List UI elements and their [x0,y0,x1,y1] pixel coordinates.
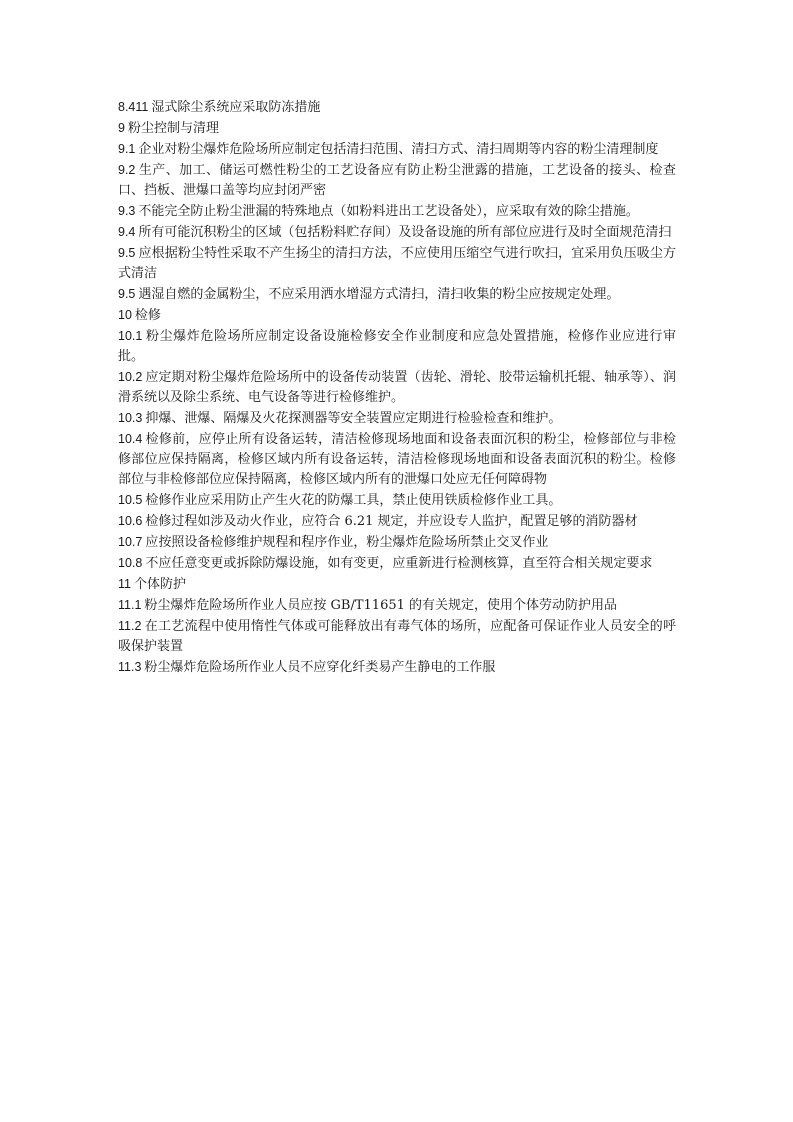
paragraph-10-1: 10.1粉尘爆炸危险场所应制定设备设施检修安全作业制度和应急处置措施，检修作业应… [118,326,676,367]
paragraph-11-3: 11.3粉尘爆炸危险场所作业人员不应穿化纤类易产生静电的工作服 [118,657,676,678]
paragraph-9-5a: 9.5应根据粉尘特性采取不产生扬尘的清扫方法，不应使用压缩空气进行吹扫，宜采用负… [118,243,676,284]
clause-number: 10.7 [118,535,142,549]
clause-text: 企业对粉尘爆炸危险场所应制定包括清扫范围、清扫方式、清扫周期等内容的粉尘清理制度 [138,142,658,157]
paragraph-9-4: 9.4所有可能沉积粉尘的区域（包括粉料贮存间）及设备设施的所有部位应进行及时全面… [118,222,676,243]
section-number: 10 [118,308,132,322]
clause-number: 10.5 [118,493,142,507]
paragraph-10-2: 10.2应定期对粉尘爆炸危险场所中的设备传动装置（齿轮、滑轮、胶带运输机托辊、轴… [118,367,676,408]
paragraph-10-8: 10.8不应任意变更或拆除防爆设施，如有变更，应重新进行检测核算，直至符合相关规… [118,553,676,574]
paragraph-10-3: 10.3抑爆、泄爆、隔爆及火花探测器等安全装置应定期进行检验检查和维护。 [118,408,676,429]
paragraph-10-7: 10.7应按照设备检修维护规程和程序作业，粉尘爆炸危险场所禁止交叉作业 [118,532,676,553]
clause-text: 检修前，应停止所有设备运转，清洁检修现场地面和设备表面沉积的粉尘，检修部位与非检… [118,432,676,487]
clause-text: 检修过程如涉及动火作业，应符合 6.21 规定，并应设专人监护，配置足够的消防器… [145,514,637,529]
clause-number: 10.6 [118,514,142,528]
clause-number: 11.2 [118,619,141,633]
clause-text: 粉尘爆炸危险场所作业人员应按 GB/T11651 的有关规定，使用个体劳动防护用… [144,598,617,613]
paragraph-10-6: 10.6检修过程如涉及动火作业，应符合 6.21 规定，并应设专人监护，配置足够… [118,511,676,532]
clause-text: 湿式除尘系统应采取防冻措施 [151,100,320,115]
section-number: 9 [118,121,125,135]
clause-text: 检修作业应采用防止产生火花的防爆工具，禁止使用铁质检修作业工具。 [145,493,561,508]
paragraph-11-1: 11.1粉尘爆炸危险场所作业人员应按 GB/T11651 的有关规定，使用个体劳… [118,595,676,616]
clause-number: 8.411 [118,100,148,114]
clause-text: 不应任意变更或拆除防爆设施，如有变更，应重新进行检测核算，直至符合相关规定要求 [145,556,652,571]
clause-text: 生产、加工、储运可燃性粉尘的工艺设备应有防止粉尘泄露的措施，工艺设备的接头、检查… [118,163,676,198]
clause-text: 所有可能沉积粉尘的区域（包括粉料贮存间）及设备设施的所有部位应进行及时全面规范清… [138,225,671,240]
paragraph-11-2: 11.2在工艺流程中使用惰性气体或可能释放出有毒气体的场所，应配备可保证作业人员… [118,616,676,657]
clause-number: 9.3 [118,204,135,218]
section-heading-10: 10检修 [118,305,676,326]
clause-number: 10.2 [118,370,142,384]
clause-number: 10.1 [118,329,142,343]
document-page: 8.411湿式除尘系统应采取防冻措施 9粉尘控制与清理 9.1企业对粉尘爆炸危险… [118,97,676,678]
section-number: 11 [118,577,131,591]
section-title: 粉尘控制与清理 [128,121,219,136]
clause-number: 9.5 [118,287,135,301]
paragraph-9-1: 9.1企业对粉尘爆炸危险场所应制定包括清扫范围、清扫方式、清扫周期等内容的粉尘清… [118,139,676,160]
section-heading-9: 9粉尘控制与清理 [118,118,676,139]
clause-text: 抑爆、泄爆、隔爆及火花探测器等安全装置应定期进行检验检查和维护。 [145,411,561,426]
clause-text: 粉尘爆炸危险场所作业人员不应穿化纤类易产生静电的工作服 [144,660,495,675]
clause-number: 9.4 [118,225,135,239]
clause-number: 9.5 [118,246,135,260]
paragraph-10-4: 10.4检修前，应停止所有设备运转，清洁检修现场地面和设备表面沉积的粉尘，检修部… [118,429,676,490]
clause-text: 不能完全防止粉尘泄漏的特殊地点（如粉料进出工艺设备处），应采取有效的除尘措施。 [138,204,639,219]
clause-number: 10.4 [118,432,142,446]
paragraph-9-3: 9.3不能完全防止粉尘泄漏的特殊地点（如粉料进出工艺设备处），应采取有效的除尘措… [118,201,676,222]
clause-text: 应按照设备检修维护规程和程序作业，粉尘爆炸危险场所禁止交叉作业 [145,535,548,550]
clause-text: 粉尘爆炸危险场所应制定设备设施检修安全作业制度和应急处置措施，检修作业应进行审批… [118,329,676,364]
clause-number: 10.3 [118,411,142,425]
section-title: 检修 [135,308,161,323]
clause-number: 11.1 [118,598,141,612]
paragraph-10-5: 10.5检修作业应采用防止产生火花的防爆工具，禁止使用铁质检修作业工具。 [118,490,676,511]
clause-number: 9.2 [118,163,135,177]
clause-text: 在工艺流程中使用惰性气体或可能释放出有毒气体的场所，应配备可保证作业人员安全的呼… [118,619,676,654]
paragraph-9-5b: 9.5遇湿自燃的金属粉尘，不应采用洒水增湿方式清扫，清扫收集的粉尘应按规定处理。 [118,284,676,305]
paragraph-9-2: 9.2生产、加工、储运可燃性粉尘的工艺设备应有防止粉尘泄露的措施，工艺设备的接头… [118,160,676,201]
clause-text: 应根据粉尘特性采取不产生扬尘的清扫方法，不应使用压缩空气进行吹扫，宜采用负压吸尘… [118,246,676,281]
paragraph-8-411: 8.411湿式除尘系统应采取防冻措施 [118,97,676,118]
clause-number: 11.3 [118,660,141,674]
clause-text: 应定期对粉尘爆炸危险场所中的设备传动装置（齿轮、滑轮、胶带运输机托辊、轴承等）、… [118,370,676,405]
clause-text: 遇湿自燃的金属粉尘，不应采用洒水增湿方式清扫，清扫收集的粉尘应按规定处理。 [138,287,619,302]
clause-number: 9.1 [118,142,135,156]
section-title: 个体防护 [134,577,186,592]
clause-number: 10.8 [118,556,142,570]
section-heading-11: 11个体防护 [118,574,676,595]
